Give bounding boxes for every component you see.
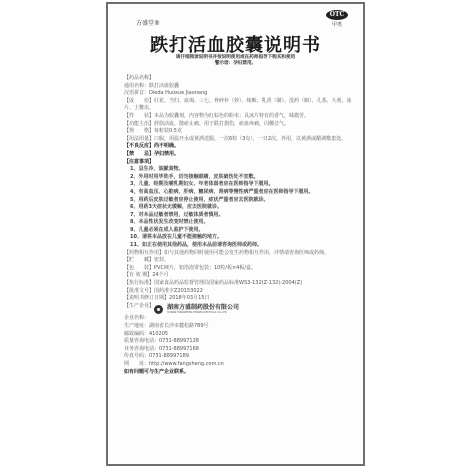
fax-number: 传真号码：0731-88997189 (124, 353, 353, 361)
properties-label: 【性 状】 (124, 113, 154, 119)
website: 网 址：http://www.fangsheng.com.cn (124, 361, 353, 369)
precautions-heading: 【注意事项】 (124, 159, 353, 167)
properties-section: 【性 状】本品为胶囊剂，内容物为红棕色的粉末；具冰片特有的香气，味微苦。 (124, 113, 353, 121)
package-label: 【包 装】 (124, 265, 154, 271)
adverse-text: 尚不明确。 (154, 143, 179, 149)
properties-text: 本品为胶囊剂，内容物为红棕色的粉末；具冰片特有的香气，味微苦。 (154, 113, 309, 119)
dosage-text: 口服，用温开水或黄酒送服，一次6粒（3克），一日2次。外用，以黄酒或醋调敷患处。 (154, 136, 346, 142)
revision-section: 【说明书修订日期】2018年03月15日 (124, 295, 353, 303)
manufacturer-logo: 湖南方盛制药股份有限公司 HUNAN FANGSHENG PHARMACEUTI… (154, 303, 353, 315)
approval-text: 国药准字Z20153022 (154, 288, 203, 294)
standard-section: 【执行标准】国家食品药品监督管理局国家药品标准WS3-132(Z-132)-20… (124, 280, 353, 288)
ingredients-text: 红花、当归、血竭、三七、骨碎补（炒）、续断、乳香（制）、没药（制）、儿茶、大黄、… (124, 98, 352, 112)
approval-label: 【批准文号】 (124, 288, 154, 294)
contra-label: 【禁 忌】 (124, 151, 154, 157)
document-body: 【药品名称】 通用名称：跌打活血胶囊 汉语拼音：Dieda Huoxue Jia… (124, 75, 353, 376)
pinyin-name: 汉语拼音：Dieda Huoxue Jiaonang (124, 90, 353, 98)
adverse-section: 【不良反应】尚不明确。 (124, 143, 353, 151)
precaution-item: 3、儿童、经期及哺乳期妇女、年老体弱者应在医师指导下服用。 (124, 181, 353, 189)
adverse-label: 【不良反应】 (124, 143, 154, 149)
contraindications-section: 【禁 忌】孕妇禁用。 (124, 151, 353, 159)
company-logo-icon (154, 305, 163, 314)
ingredients-label: 【成 份】 (124, 98, 154, 104)
precaution-item: 5、用药后皮肤过敏者应停止使用，症状严重者应去医院就诊。 (124, 197, 353, 205)
interaction-label: 【药物相互作用】 (124, 250, 164, 256)
otc-category: 甲类 (325, 21, 349, 28)
ingredients-section: 【成 份】红花、当归、血竭、三七、骨碎补（炒）、续断、乳香（制）、没药（制）、儿… (124, 98, 353, 113)
standard-label: 【执行标准】 (124, 280, 154, 286)
validity-label: 【有 效 期】 (124, 272, 152, 278)
company-name-label: 企业名称： (124, 315, 353, 323)
revision-label: 【说明书修订日期】 (124, 295, 169, 301)
logo-company-en: HUNAN FANGSHENG PHARMACEUTICAL CO.,LTD (167, 311, 239, 314)
company-address: 生产地址：湖南省长沙市麓松路789号 (124, 323, 353, 331)
validity-text: 24个月 (152, 272, 168, 278)
brand-logo-text: 方盛堂® (136, 18, 160, 27)
specs-label: 【规 格】 (124, 128, 154, 134)
validity-section: 【有 效 期】24个月 (124, 272, 353, 280)
storage-section: 【贮 藏】密封。 (124, 257, 353, 265)
contra-text: 孕妇禁用。 (154, 151, 179, 157)
specs-text: 每粒装0.5克 (154, 128, 182, 134)
precaution-item: 4、有高血压、心脏病、肝病、糖尿病、肾病等慢性病严重者应在医师指导下服用。 (124, 189, 353, 197)
indications-label: 【功能主治】 (124, 121, 154, 127)
dosage-label: 【用法用量】 (124, 136, 154, 142)
precaution-item: 10、请将本品放在儿童不能接触的地方。 (124, 234, 353, 242)
package-insert-document: 方盛堂® OTC 甲类 跌打活血胶囊说明书 请仔细阅读说明书并按说明使用或在药师… (106, 2, 365, 466)
standard-text: 国家食品药品监督管理局国家药品标准WS3-132(Z-132)-2004(Z) (154, 280, 302, 286)
interaction-text: 如与其他药物同时使用可能会发生药物相互作用，详情请咨询医师或药师。 (164, 250, 329, 256)
otc-badge: OTC 甲类 (325, 10, 349, 28)
storage-text: 密封。 (154, 257, 169, 263)
specs-section: 【规 格】每粒装0.5克 (124, 128, 353, 136)
indications-text: 舒筋活血，散瘀止痛。用于跌打损伤，瘀血疼痛，闪腰岔气。 (154, 121, 289, 127)
drug-name-heading: 【药品名称】 (124, 75, 353, 83)
quality-phone: 质量咨询电话：0731-88997128 (124, 338, 353, 346)
notice-text: 请仔细阅读说明书并按说明使用或在药师指导下购买和使用 警示语：孕妇禁用。 (128, 55, 343, 67)
otc-oval-icon: OTC (326, 10, 348, 20)
precaution-item: 11、如正在使用其他药品，使用本品前请咨询医师或药师。 (124, 242, 353, 250)
package-text: PVC硬片，铝箔泡罩包装；10粒/板×4板/盒。 (154, 265, 256, 271)
revision-text: 2018年03月15日 (169, 295, 209, 301)
notice-line-2: 警示语：孕妇禁用。 (128, 61, 343, 67)
precaution-item: 8、本品性状发生改变时禁止使用。 (124, 219, 353, 227)
storage-label: 【贮 藏】 (124, 257, 154, 263)
contact-note: 如有问题可与生产企业联系。 (124, 369, 353, 377)
precaution-item: 1、忌生冷、油腻食物。 (124, 166, 353, 174)
document-title: 跌打活血胶囊说明书 (108, 31, 363, 57)
precaution-item: 6、用药3天症状无缓解，应去医院就诊。 (124, 204, 353, 212)
